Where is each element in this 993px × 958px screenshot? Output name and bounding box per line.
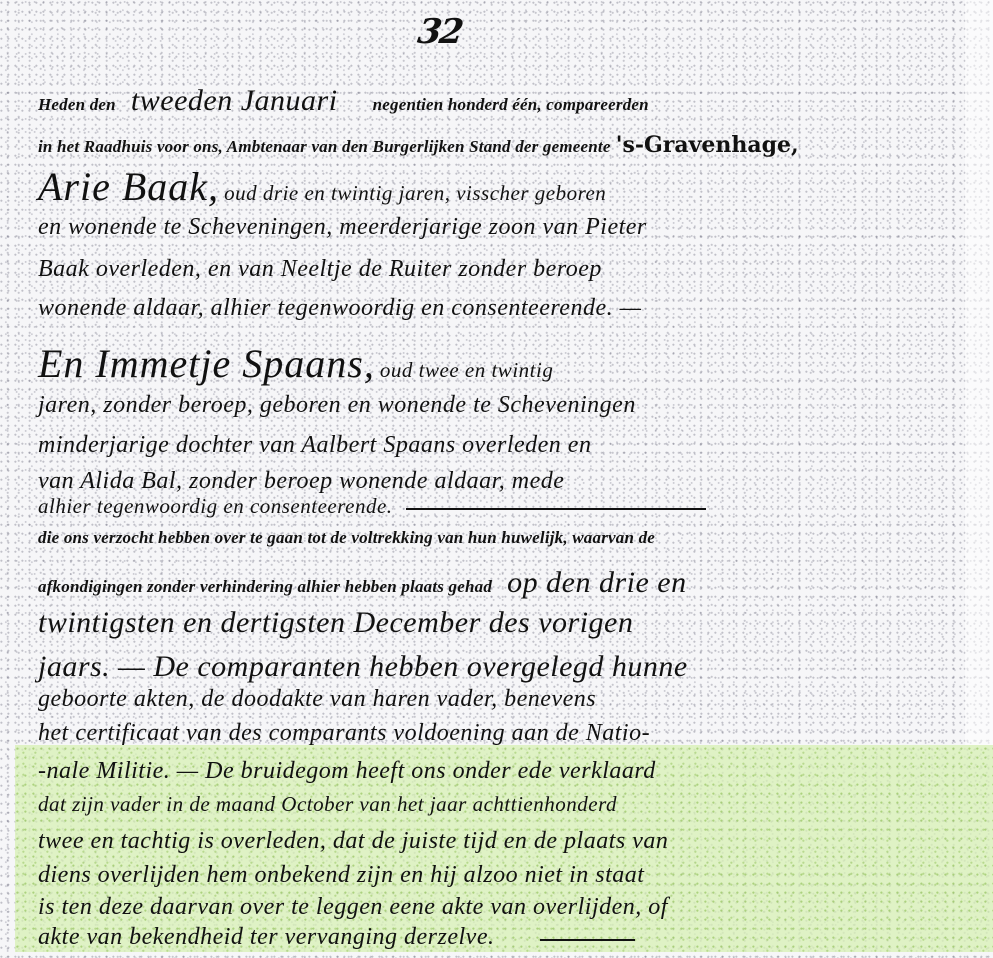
text-line: dat zijn vader in de maand October van h… [38, 792, 617, 817]
handwritten-text: jaars. — De comparanten hebben overgeleg… [38, 650, 688, 683]
page-margin [965, 0, 993, 745]
text-line: geboorte akten, de doodakte van haren va… [38, 686, 596, 713]
handwritten-text: jaren, zonder beroep, geboren en wonende… [38, 392, 636, 418]
handwritten-text: wonende aldaar, alhier tegenwoordig en c… [38, 295, 641, 321]
printed-text: in het Raadhuis voor ons, Ambtenaar van … [38, 137, 611, 156]
printed-text: die ons verzocht hebben over te gaan tot… [38, 528, 655, 547]
handwritten-text: Baak overleden, en van Neeltje de Ruiter… [38, 256, 602, 282]
text-line: twintigsten en dertigsten December des v… [38, 606, 633, 640]
municipality-name: 's-Gravenhage, [616, 132, 799, 158]
text-line: het certificaat van des comparants voldo… [38, 720, 650, 747]
text-line: Baak overleden, en van Neeltje de Ruiter… [38, 256, 602, 283]
handwritten-text: twintigsten en dertigsten December des v… [38, 606, 633, 639]
handwritten-text: op den drie en [507, 566, 686, 599]
text-line: En Immetje Spaans, oud twee en twintig [38, 340, 553, 387]
text-line: -nale Militie. — De bruidegom heeft ons … [38, 758, 656, 785]
handwritten-text: -nale Militie. — De bruidegom heeft ons … [38, 758, 656, 784]
handwritten-text: diens overlijden hem onbekend zijn en hi… [38, 862, 644, 888]
handwritten-text: oud twee en twintig [380, 358, 553, 382]
handwritten-text: oud drie en twintig jaren, visscher gebo… [224, 181, 606, 205]
groom-name: Arie Baak, [38, 164, 219, 209]
handwritten-text: geboorte akten, de doodakte van haren va… [38, 686, 596, 712]
printed-text: Heden den [38, 95, 116, 114]
text-line: en wonende te Scheveningen, meerderjarig… [38, 214, 647, 241]
bride-name: En Immetje Spaans, [38, 341, 375, 386]
text-line: twee en tachtig is overleden, dat de jui… [38, 828, 668, 855]
handwritten-date: tweeden Januari [131, 84, 338, 117]
handwritten-text: minderjarige dochter van Aalbert Spaans … [38, 432, 591, 458]
text-line: in het Raadhuis voor ons, Ambtenaar van … [38, 132, 799, 158]
text-line: minderjarige dochter van Aalbert Spaans … [38, 432, 591, 459]
handwritten-text: twee en tachtig is overleden, dat de jui… [38, 828, 668, 854]
handwritten-text: akte van bekendheid ter vervanging derze… [38, 924, 494, 950]
text-line: van Alida Bal, zonder beroep wonende ald… [38, 468, 564, 495]
text-line: is ten deze daarvan over te leggen eene … [38, 894, 668, 921]
text-line: afkondigingen zonder verhindering alhier… [38, 566, 687, 600]
printed-text: negentien honderd één, compareerden [373, 95, 649, 114]
handwritten-text: van Alida Bal, zonder beroep wonende ald… [38, 468, 564, 494]
text-line: Heden den tweeden Januari negentien hond… [38, 84, 649, 118]
page-number: 32 [415, 12, 464, 52]
printed-text: afkondigingen zonder verhindering alhier… [38, 577, 492, 596]
text-line: jaren, zonder beroep, geboren en wonende… [38, 392, 636, 419]
text-line: wonende aldaar, alhier tegenwoordig en c… [38, 295, 641, 322]
handwritten-text: is ten deze daarvan over te leggen eene … [38, 894, 668, 920]
text-line: Arie Baak, oud drie en twintig jaren, vi… [38, 163, 606, 210]
text-line: diens overlijden hem onbekend zijn en hi… [38, 862, 644, 889]
text-line: die ons verzocht hebben over te gaan tot… [38, 528, 655, 548]
fill-line [540, 939, 635, 941]
handwritten-text: dat zijn vader in de maand October van h… [38, 792, 617, 816]
fill-line [406, 508, 706, 510]
text-line: akte van bekendheid ter vervanging derze… [38, 924, 635, 951]
handwritten-text: alhier tegenwoordig en consenteerende. [38, 494, 393, 518]
text-line: jaars. — De comparanten hebben overgeleg… [38, 650, 688, 684]
handwritten-text: het certificaat van des comparants voldo… [38, 720, 650, 746]
handwritten-text: en wonende te Scheveningen, meerderjarig… [38, 214, 647, 240]
text-line: alhier tegenwoordig en consenteerende. [38, 494, 706, 519]
